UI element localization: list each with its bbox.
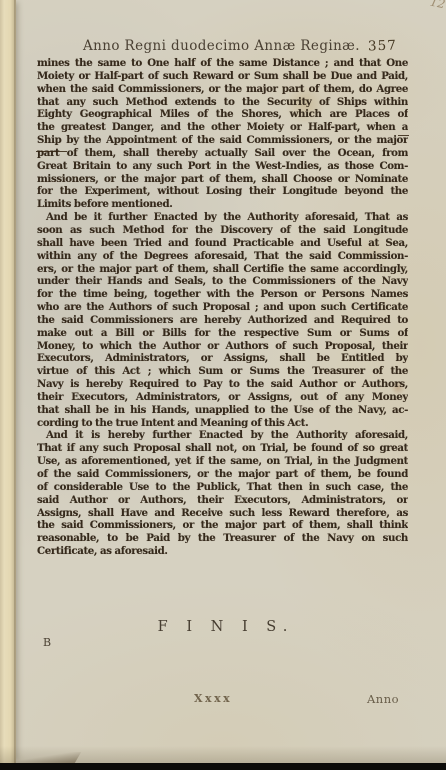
text-line: Executors, Administrators, or Assigns, s… xyxy=(37,352,408,365)
text-line: within any of the Degrees aforesaid, Tha… xyxy=(37,250,408,263)
text-line: virtue of this Act ; which Sum or Sums t… xyxy=(37,365,408,378)
text-line: And it is hereby further Enacted by the … xyxy=(37,429,408,442)
text-line: Ship by the Appointment of the said Comm… xyxy=(37,134,408,147)
text-line: under their Hands and Seals, to the Comm… xyxy=(37,275,408,288)
text-line: the greatest Danger, and the other Moiet… xyxy=(37,121,408,134)
text-line: who are the Authors of such Proposal ; a… xyxy=(37,301,408,314)
text-line: that any such Method extends to the Secu… xyxy=(37,96,408,109)
page-corner-shadow xyxy=(15,752,81,763)
text-line: the said Commissioners, or the major par… xyxy=(37,519,408,532)
text-line: that shall be in his Hands, unapplied to… xyxy=(37,404,408,417)
text-line: for the time being, together with the Pe… xyxy=(37,288,408,301)
text-line: reasonable, to be Paid by the Treasurer … xyxy=(37,532,408,545)
header-title: Anno Regni duodecimo Annæ Reginæ. xyxy=(83,38,360,54)
page-number: 357 xyxy=(368,38,397,55)
handwritten-corner-mark: 12 xyxy=(429,0,446,11)
text-line: Certificate, as aforesaid. xyxy=(37,545,408,558)
scan-edge-bar xyxy=(0,763,446,770)
finis-label: F I N I S. xyxy=(37,619,408,635)
text-line: for the Experiment, without Losing their… xyxy=(37,185,408,198)
text-line: mines the same to One half of the same D… xyxy=(37,57,408,70)
text-line: Money, to which the Author or Authors of… xyxy=(37,340,408,353)
text-line: make out a Bill or Bills for the respect… xyxy=(37,327,408,340)
text-line: Navy is hereby Required to Pay to the sa… xyxy=(37,378,408,391)
book-page: 12 Anno Regni duodecimo Annæ Reginæ. 357… xyxy=(0,0,446,770)
text-line: the said Commissioners are hereby Author… xyxy=(37,314,408,327)
text-line: their Executors, Administrators, or Assi… xyxy=(37,391,408,404)
text-line: Eighty Geographical Miles of the Shores,… xyxy=(37,108,408,121)
text-line: ers, or the major part of them, shall Ce… xyxy=(37,263,408,276)
text-line: Use, as aforementioned, yet if the same,… xyxy=(37,455,408,468)
text-line: That if any such Proposal shall not, on … xyxy=(37,442,408,455)
text-block: mines the same to One half of the same D… xyxy=(37,57,408,558)
pen-underline-a xyxy=(398,135,409,136)
catchword: Anno xyxy=(367,692,399,706)
running-header: Anno Regni duodecimo Annæ Reginæ. 357 xyxy=(37,38,408,54)
text-line: Great Britain to any such Port in the We… xyxy=(37,160,408,173)
text-line: Moiety or Half-part of such Reward or Su… xyxy=(37,70,408,83)
pen-underline-ship xyxy=(36,151,67,152)
text-line: soon as such Method for the Discovery of… xyxy=(37,224,408,237)
signature-mark: Xxxx xyxy=(194,692,232,705)
text-line: of considerable Use to the Publick, That… xyxy=(37,481,408,494)
text-line: shall have been Tried and found Practica… xyxy=(37,237,408,250)
text-line: cording to the true Intent and Meaning o… xyxy=(37,417,408,430)
text-line: part of them, shall thereby actually Sai… xyxy=(37,147,408,160)
page-edge-strip xyxy=(0,0,16,763)
text-line: Limits before mentioned. xyxy=(37,198,408,211)
text-line: said Author or Authors, their Executors,… xyxy=(37,494,408,507)
text-line: Assigns, shall Have and Receive such les… xyxy=(37,507,408,520)
signature-letter: B xyxy=(43,636,51,649)
text-line: And be it further Enacted by the Authori… xyxy=(37,211,408,224)
text-line: missioners, or the major part of them, s… xyxy=(37,173,408,186)
text-line: when the said Commissioners, or the majo… xyxy=(37,83,408,96)
text-line: of the said Commissioners, or the major … xyxy=(37,468,408,481)
